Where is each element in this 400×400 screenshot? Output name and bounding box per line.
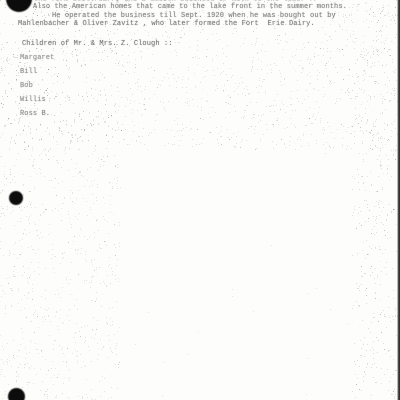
scanned-document-page: the firm still carry and a smooth busine… — [0, 0, 400, 400]
paragraph-line-3: Mahlenbacher & Oliver Zavitz , who later… — [18, 20, 315, 28]
child-name-1: Margaret — [20, 54, 54, 62]
paragraph-line-1: Also the American homes that came to the… — [33, 3, 347, 11]
child-name-2: Bill — [20, 68, 37, 76]
child-name-5: Ross B. — [20, 110, 50, 118]
children-heading: Children of Mr. & Mrs. Z. Clough :: — [22, 40, 173, 48]
child-name-3: Bob — [20, 82, 33, 90]
child-name-4: Willis — [20, 96, 46, 104]
hole-punch-mark — [6, 0, 32, 12]
paragraph-line-2: He operated the business till Sept. 1920… — [52, 12, 336, 20]
hole-punch-mark — [8, 388, 25, 400]
scan-noise-texture — [0, 0, 400, 400]
hole-punch-mark — [9, 191, 23, 205]
